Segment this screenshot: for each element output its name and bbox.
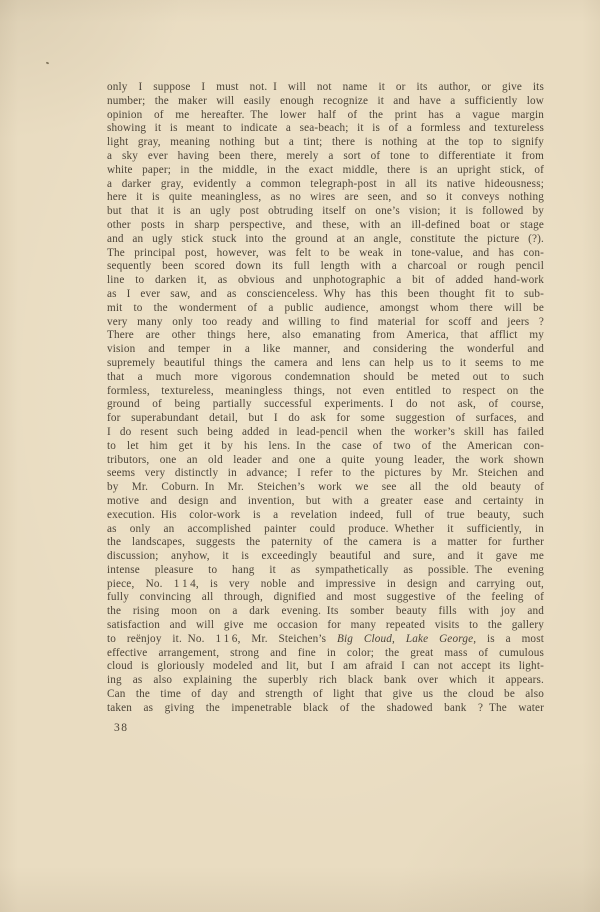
text-line: tributors, one an old leader and one a q… bbox=[107, 454, 544, 468]
text-line: satisfaction and will give me occasion f… bbox=[107, 619, 544, 633]
text-line: other posts in sharp perspective, and th… bbox=[107, 219, 544, 233]
text-line: discussion; anyhow, it is exceedingly be… bbox=[107, 550, 544, 564]
text-line: There are other things here, also emanat… bbox=[107, 329, 544, 343]
text-line: mit to the wonderment of a public audien… bbox=[107, 302, 544, 316]
text-line: intense pleasure to hang it as sympathet… bbox=[107, 564, 544, 578]
text-line: that a much more vigorous condemnation s… bbox=[107, 371, 544, 385]
text-line: fully convincing all through, dignified … bbox=[107, 591, 544, 605]
text-line: as only an accomplished painter could pr… bbox=[107, 523, 544, 537]
text-line: I do resent such being added in lead-pen… bbox=[107, 426, 544, 440]
text-line: but that it is an ugly post obtruding it… bbox=[107, 205, 544, 219]
book-page: only I suppose I must not. I will not na… bbox=[0, 0, 600, 912]
text-line: a darker gray, evidently a common telegr… bbox=[107, 178, 544, 192]
text-line: cloud is gloriously modeled and lit, but… bbox=[107, 660, 544, 674]
text-line: as I ever saw, and as conscienceless. Wh… bbox=[107, 288, 544, 302]
print-speck bbox=[46, 61, 50, 64]
text-line: taken as giving the impenetrable black o… bbox=[107, 702, 544, 716]
text-line: seems very distinctly in advance; I refe… bbox=[107, 467, 544, 481]
text-line: for superabundant detail, but I do ask f… bbox=[107, 412, 544, 426]
text-line: by Mr. Coburn. In Mr. Steichen’s work we… bbox=[107, 481, 544, 495]
text-line: execution. His color-work is a revelatio… bbox=[107, 509, 544, 523]
page-number: 38 bbox=[114, 722, 129, 734]
page-text: only I suppose I must not. I will not na… bbox=[107, 81, 544, 716]
text-line: Can the time of day and strength of ligh… bbox=[107, 688, 544, 702]
text-line: and an ugly stick stuck into the ground … bbox=[107, 233, 544, 247]
text-segment: , is a most bbox=[473, 633, 544, 645]
text-line: showing it is meant to indicate a sea-be… bbox=[107, 122, 544, 136]
text-line: effective arrangement, strong and fine i… bbox=[107, 647, 544, 661]
text-line: only I suppose I must not. I will not na… bbox=[107, 81, 544, 95]
text-line: white paper; in the middle, in the exact… bbox=[107, 164, 544, 178]
text-line: a sky ever having been there, merely a s… bbox=[107, 150, 544, 164]
text-line: the rising moon on a dark evening. Its s… bbox=[107, 605, 544, 619]
text-line: sequently been scored down its full leng… bbox=[107, 260, 544, 274]
picture-title-italic: Big Cloud, Lake George bbox=[337, 633, 473, 645]
text-line: number; the maker will easily enough rec… bbox=[107, 95, 544, 109]
text-line: the landscapes, suggests the paternity o… bbox=[107, 536, 544, 550]
text-line: ing as also explaining the superbly rich… bbox=[107, 674, 544, 688]
text-line: piece, No. 1 1 4, is very noble and impr… bbox=[107, 578, 544, 592]
text-line: to reënjoy it. No. 1 1 6, Mr. Steichen’s… bbox=[107, 633, 544, 647]
text-line: line to darken it, as obvious and unphot… bbox=[107, 274, 544, 288]
text-line: supremely beautiful things the camera an… bbox=[107, 357, 544, 371]
text-line: ground of being partially successful exp… bbox=[107, 398, 544, 412]
text-line: light gray, meaning nothing but a tint; … bbox=[107, 136, 544, 150]
text-line: here it is quite meaningless, as no wire… bbox=[107, 191, 544, 205]
text-line: to let him get it by his lens. In the ca… bbox=[107, 440, 544, 454]
text-line: motive and design and invention, but wit… bbox=[107, 495, 544, 509]
text-segment: to reënjoy it. No. 1 1 6, Mr. Steichen’s bbox=[107, 633, 337, 645]
text-line: formless, textureless, meaningless thing… bbox=[107, 385, 544, 399]
text-line: very many only too ready and willing to … bbox=[107, 316, 544, 330]
text-line: vision and temper in a like manner, and … bbox=[107, 343, 544, 357]
text-line: opinion of me hereafter. The lower half … bbox=[107, 109, 544, 123]
text-line: The principal post, however, was felt to… bbox=[107, 247, 544, 261]
